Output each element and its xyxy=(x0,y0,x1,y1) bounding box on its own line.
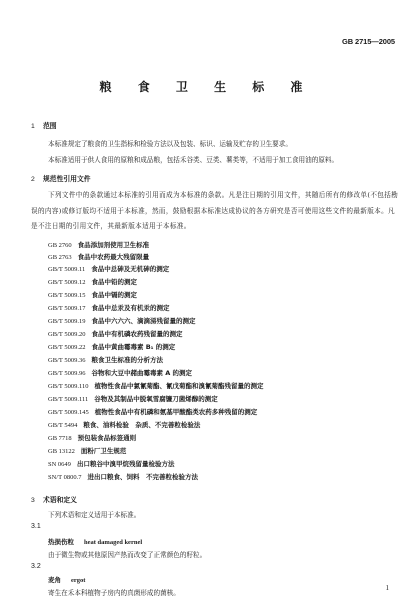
term-number: 3.1 xyxy=(31,523,41,530)
reference-item: GB 2763食品中农药最大残留限量 xyxy=(48,252,149,261)
reference-item: GB 2760食品添加剂使用卫生标准 xyxy=(48,240,149,249)
term-zh: 热损伤粒 xyxy=(48,538,74,546)
term-en: ergot xyxy=(71,577,85,584)
section-2-heading: 2规范性引用文件 xyxy=(31,173,91,183)
scope-paragraph-2: 本标准适用于供人食用的原粮和成品粮，包括禾谷类、豆类、薯类等，不适用于加工食用油… xyxy=(48,154,338,166)
section-title: 范围 xyxy=(43,122,57,130)
term-en: heat damaged kernel xyxy=(84,539,142,546)
page-number: 1 xyxy=(386,584,390,592)
term-definition: 由于微生物或其他原因产热而改变了正常颜色的籽粒。 xyxy=(48,549,206,561)
reference-item: GB/T 5009.111谷物及其制品中脱氧雪腐镰刀菌烯醇的测定 xyxy=(48,394,218,403)
term-number: 3.2 xyxy=(31,563,41,570)
reference-item: GB/T 5009.19食品中六六六、滴滴涕残留量的测定 xyxy=(48,316,195,325)
term-zh: 麦角 xyxy=(48,576,61,584)
reference-item: GB 7718预包装食品标签通则 xyxy=(48,433,136,442)
reference-item: GB/T 5009.22食品中黄曲霉毒素 B₁ 的测定 xyxy=(48,342,175,351)
references-intro: 下列文件中的条款通过本标准的引用而成为本标准的条款。凡是注日期的引用文件，其随后… xyxy=(31,188,399,235)
page-title: 粮 食 卫 生 标 准 xyxy=(0,78,413,95)
reference-item: GB/T 5009.15食品中镉的测定 xyxy=(48,290,137,299)
reference-item: GB/T 5009.17食品中总汞及有机汞的测定 xyxy=(48,303,169,312)
section-number: 2 xyxy=(31,176,43,183)
section-3-heading: 3术语和定义 xyxy=(31,494,77,504)
section-number: 1 xyxy=(31,123,43,130)
section-title: 术语和定义 xyxy=(43,496,77,504)
reference-item: GB/T 5009.12食品中铅的测定 xyxy=(48,277,137,286)
term-definition: 寄生在禾本科植物子房内的真菌形成的菌核。 xyxy=(48,587,180,599)
section-title: 规范性引用文件 xyxy=(43,175,91,183)
reference-item: SN/T 0800.7进出口粮食、饲料 不完善粒检验方法 xyxy=(48,472,198,481)
term-heading: 麦角ergot xyxy=(48,575,85,584)
reference-item: GB 13122面粉厂卫生规范 xyxy=(48,446,126,455)
term-heading: 热损伤粒heat damaged kernel xyxy=(48,537,142,546)
reference-item: GB/T 5009.11食品中总砷及无机砷的测定 xyxy=(48,264,169,273)
section-number: 3 xyxy=(31,497,43,504)
reference-item: GB/T 5009.110植物性食品中氯氰菊酯、氰戊菊酯和溴氰菊酯残留量的测定 xyxy=(48,381,263,390)
terms-intro: 下列术语和定义适用于本标准。 xyxy=(48,509,140,521)
scope-paragraph-1: 本标准规定了粮食的卫生指标和检验方法以及包装、标识、运输及贮存的卫生要求。 xyxy=(48,138,292,150)
reference-item: GB/T 5009.145植物性食品中有机磷和氨基甲酸酯类农药多种残留的测定 xyxy=(48,407,257,416)
reference-item: GB/T 5494粮食、油料检验 杂质、不完善粒检验法 xyxy=(48,420,200,429)
section-1-heading: 1范围 xyxy=(31,120,57,130)
reference-item: GB/T 5009.96谷物和大豆中赭曲霉毒素 A 的测定 xyxy=(48,368,192,377)
reference-item: SN 0649出口粮谷中溴甲烷残留量检验方法 xyxy=(48,459,174,468)
reference-item: GB/T 5009.20食品中有机磷农药残留量的测定 xyxy=(48,329,182,338)
reference-item: GB/T 5009.36粮食卫生标准的分析方法 xyxy=(48,355,163,364)
standard-number: GB 2715—2005 xyxy=(342,37,395,46)
